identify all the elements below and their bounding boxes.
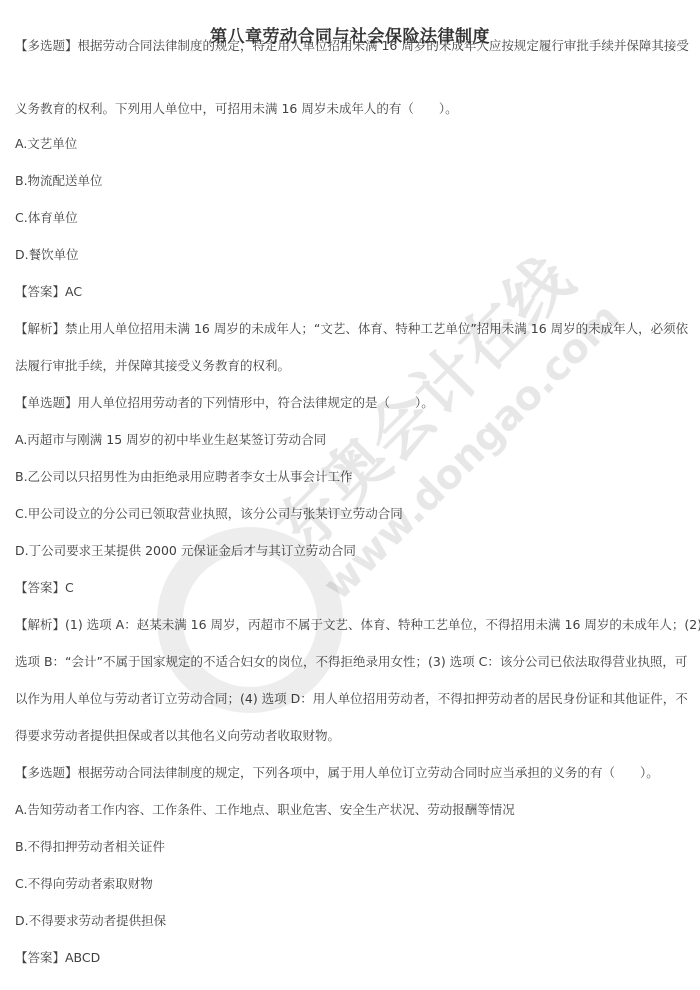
text-line: 选项 B：“会计”不属于国家规定的不适合妇女的岗位，不得拒绝录用女性；(3) 选… xyxy=(15,654,690,670)
text-line: C.体育单位 xyxy=(15,210,690,226)
text-line: 法履行审批手续，并保障其接受义务教育的权利。 xyxy=(15,358,690,374)
text-line: B.不得扣押劳动者相关证件 xyxy=(15,839,690,855)
text-line: 义务教育的权利。下列用人单位中，可招用未满 16 周岁未成年人的有（ ）。 xyxy=(15,101,690,117)
text-line: 得要求劳动者提供担保或者以其他名义向劳动者收取财物。 xyxy=(15,728,690,744)
text-line: B.物流配送单位 xyxy=(15,173,690,189)
text-line: A.文艺单位 xyxy=(15,136,690,152)
text-line: A.告知劳动者工作内容、工作条件、工作地点、职业危害、安全生产状况、劳动报酬等情… xyxy=(15,802,690,818)
text-line: 【答案】ABCD xyxy=(15,950,690,966)
document-page: 第八章劳动合同与社会保险法律制度 【多选题】根据劳动合同法律制度的规定，特定用人… xyxy=(0,0,700,990)
text-line: 以作为用人单位与劳动者订立劳动合同；(4) 选项 D：用人单位招用劳动者，不得扣… xyxy=(15,691,690,707)
text-line: D.餐饮单位 xyxy=(15,247,690,263)
text-line: 【答案】AC xyxy=(15,284,690,300)
text-line: C.不得向劳动者索取财物 xyxy=(15,876,690,892)
text-line: 【单选题】用人单位招用劳动者的下列情形中，符合法律规定的是（ ）。 xyxy=(15,395,690,411)
text-line: C.甲公司设立的分公司已领取营业执照，该分公司与张某订立劳动合同 xyxy=(15,506,690,522)
text-line: 【解析】(1) 选项 A：赵某未满 16 周岁，丙超市不属于文艺、体育、特种工艺… xyxy=(15,617,690,633)
text-line: 【答案】C xyxy=(15,580,690,596)
text-line: D.丁公司要求王某提供 2000 元保证金后才与其订立劳动合同 xyxy=(15,543,690,559)
text-line: 【多选题】根据劳动合同法律制度的规定，下列各项中，属于用人单位订立劳动合同时应当… xyxy=(15,765,690,781)
watermark-url: www.dongao.com xyxy=(314,294,629,609)
text-line: D.不得要求劳动者提供担保 xyxy=(15,913,690,929)
text-line: 【解析】禁止用人单位招用未满 16 周岁的未成年人；“文艺、体育、特种工艺单位”… xyxy=(15,321,690,337)
text-line: 【多选题】根据劳动合同法律制度的规定，特定用人单位招用未满 16 周岁的未成年人… xyxy=(15,38,690,54)
text-line: B.乙公司以只招男性为由拒绝录用应聘者李女士从事会计工作 xyxy=(15,469,690,485)
text-line: A.丙超市与刚满 15 周岁的初中毕业生赵某签订劳动合同 xyxy=(15,432,690,448)
